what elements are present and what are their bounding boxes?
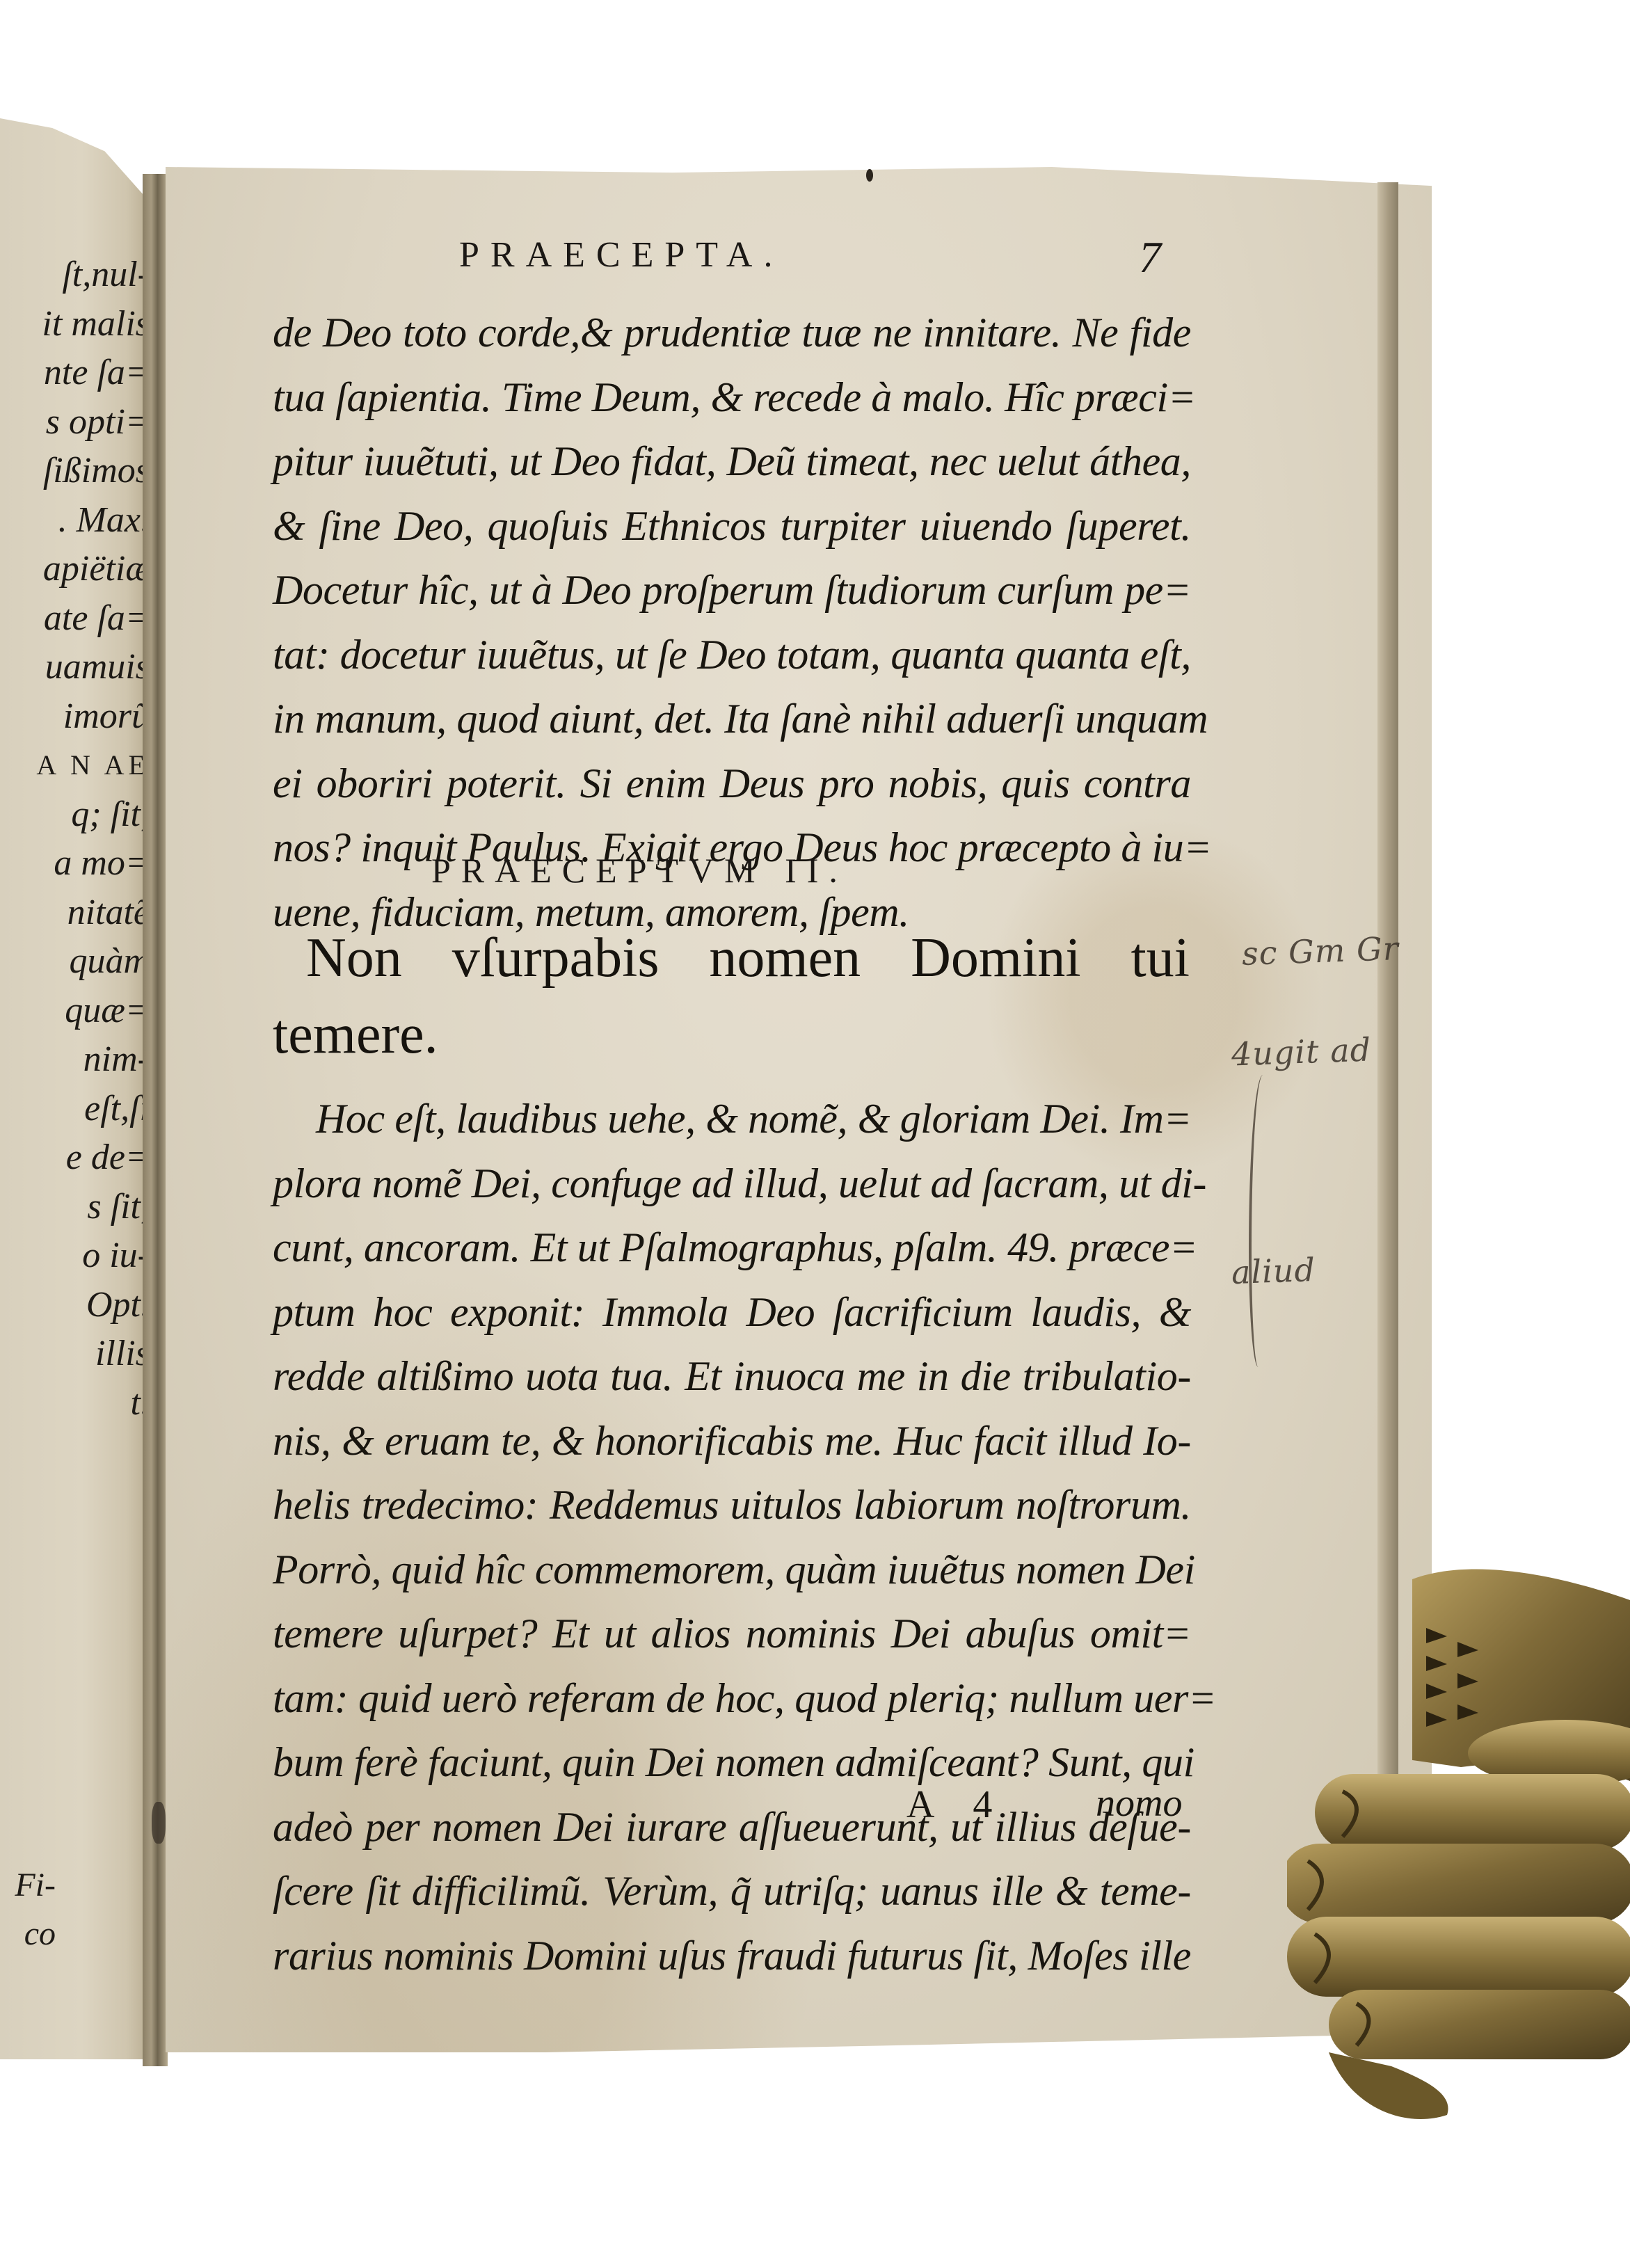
text-line: nis, & eruam te, & honorificabis me. Huc… bbox=[273, 1409, 1191, 1474]
left-line: . Max. bbox=[10, 496, 150, 545]
left-page-footer-fragments: Fi- co bbox=[0, 1861, 56, 1958]
left-line: quæ= bbox=[10, 987, 150, 1036]
left-line: uamuis bbox=[10, 643, 150, 692]
text-line: de Deo toto corde,& prudentiæ tuæ ne inn… bbox=[273, 301, 1191, 365]
catchword: nomo bbox=[1096, 1781, 1182, 1826]
left-line: o iu- bbox=[10, 1231, 150, 1281]
commandment-line-1: Non vſurpabis nomen Domini tui bbox=[306, 920, 1190, 996]
text-line: plora nomẽ Dei, confuge ad illud, uelut … bbox=[273, 1151, 1191, 1216]
left-line: ſißimos bbox=[10, 447, 150, 496]
signature-mark: A 4 bbox=[906, 1782, 1007, 1827]
gutter-tear bbox=[152, 1802, 166, 1844]
left-line: s ſit, bbox=[10, 1183, 150, 1232]
text-line: in manum, quod aiunt, det. Ita ſanè nihi… bbox=[273, 687, 1191, 751]
commandment-text: Non vſurpabis nomen Domini tui temere. bbox=[306, 920, 1190, 1073]
left-line: e de= bbox=[10, 1133, 150, 1183]
left-line: Opt. bbox=[10, 1281, 150, 1330]
text-line: tat: docetur iuuẽtus, ut ſe Deo totam, q… bbox=[273, 623, 1191, 687]
text-line: pitur iuuẽtuti, ut Deo fidat, Deũ timeat… bbox=[273, 429, 1191, 494]
running-head: PRAECEPTA. bbox=[459, 234, 783, 275]
text-line: & ſine Deo, quoſuis Ethnicos turpiter ui… bbox=[273, 494, 1191, 559]
text-line: redde altißimo uota tua. Et inuoca me in… bbox=[273, 1344, 1191, 1409]
section-heading: PRAECEPTVM II. bbox=[431, 850, 848, 891]
left-line: a mo= bbox=[10, 839, 150, 888]
text-line: Hoc eſt, laudibus uehe, & nomẽ, & gloria… bbox=[273, 1087, 1191, 1151]
paragraph-1: de Deo toto corde,& prudentiæ tuæ ne inn… bbox=[273, 301, 1191, 944]
book-gutter bbox=[143, 174, 168, 2066]
left-page: ſt,nul- it malis nte ſa= s opti= ſißimos… bbox=[0, 118, 150, 2059]
text-line: Porrò, quid hîc commemorem, quàm iuuẽtus… bbox=[273, 1538, 1191, 1602]
paragraph-2: Hoc eſt, laudibus uehe, & nomẽ, & gloria… bbox=[273, 1087, 1191, 1988]
text-line: Docetur hîc, ut à Deo proſperum ſtudioru… bbox=[273, 558, 1191, 623]
left-line: imorũ bbox=[10, 692, 150, 742]
left-page-text-fragments: ſt,nul- it malis nte ſa= s opti= ſißimos… bbox=[10, 250, 150, 1428]
text-line: helis tredecimo: Reddemus uitulos labior… bbox=[273, 1473, 1191, 1538]
text-line: bum ferè faciunt, quin Dei nomen admiſce… bbox=[273, 1730, 1191, 1795]
left-line: ate ſa= bbox=[10, 594, 150, 644]
left-line: it malis bbox=[10, 300, 150, 349]
left-footer-line: Fi- bbox=[0, 1861, 56, 1910]
left-line: nim- bbox=[10, 1035, 150, 1085]
left-line: nitatẽ bbox=[10, 888, 150, 938]
text-line: ptum hoc exponit: Immola Deo ſacrificium… bbox=[273, 1280, 1191, 1345]
brass-hand-clip-icon bbox=[1287, 1551, 1630, 2143]
text-line: tua ſapientia. Time Deum, & recede à mal… bbox=[273, 365, 1191, 430]
text-line: tam: quid uerò referam de hoc, quod pler… bbox=[273, 1666, 1191, 1731]
left-line: t. bbox=[10, 1379, 150, 1428]
page-number: 7 bbox=[1139, 232, 1161, 283]
text-line: cunt, ancoram. Et ut Pſalmographus, pſal… bbox=[273, 1215, 1191, 1280]
left-line: apiëtiæ bbox=[10, 545, 150, 594]
left-line: s opti= bbox=[10, 398, 150, 447]
marginal-note: 4ugit ad bbox=[1231, 1031, 1372, 1073]
text-line: ei oboriri poterit. Si enim Deus pro nob… bbox=[273, 751, 1191, 816]
marginal-note: sc Gm Gr bbox=[1241, 929, 1399, 973]
ink-mark bbox=[866, 169, 873, 182]
text-line: temere uſurpet? Et ut alios nominis Dei … bbox=[273, 1602, 1191, 1666]
left-line: nte ſa= bbox=[10, 349, 150, 398]
left-line: ſt,nul- bbox=[10, 250, 150, 300]
left-line: q; ſit, bbox=[10, 790, 150, 840]
text-line: ſcere ſit difficilimũ. Verùm, q̃ utriſq;… bbox=[273, 1859, 1191, 1924]
left-line: eſt,ſi bbox=[10, 1085, 150, 1134]
left-footer-line: co bbox=[0, 1910, 56, 1958]
left-line: quàm bbox=[10, 937, 150, 987]
text-line: adeò per nomen Dei iurare aſſueuerunt, u… bbox=[273, 1795, 1191, 1860]
left-line: illis bbox=[10, 1329, 150, 1379]
marginal-note: aliud bbox=[1231, 1251, 1316, 1291]
commandment-line-2: temere. bbox=[273, 996, 1190, 1073]
left-line-caps: A N AE bbox=[10, 741, 150, 790]
text-line: rarius nominis Domini uſus fraudi futuru… bbox=[273, 1924, 1191, 1988]
